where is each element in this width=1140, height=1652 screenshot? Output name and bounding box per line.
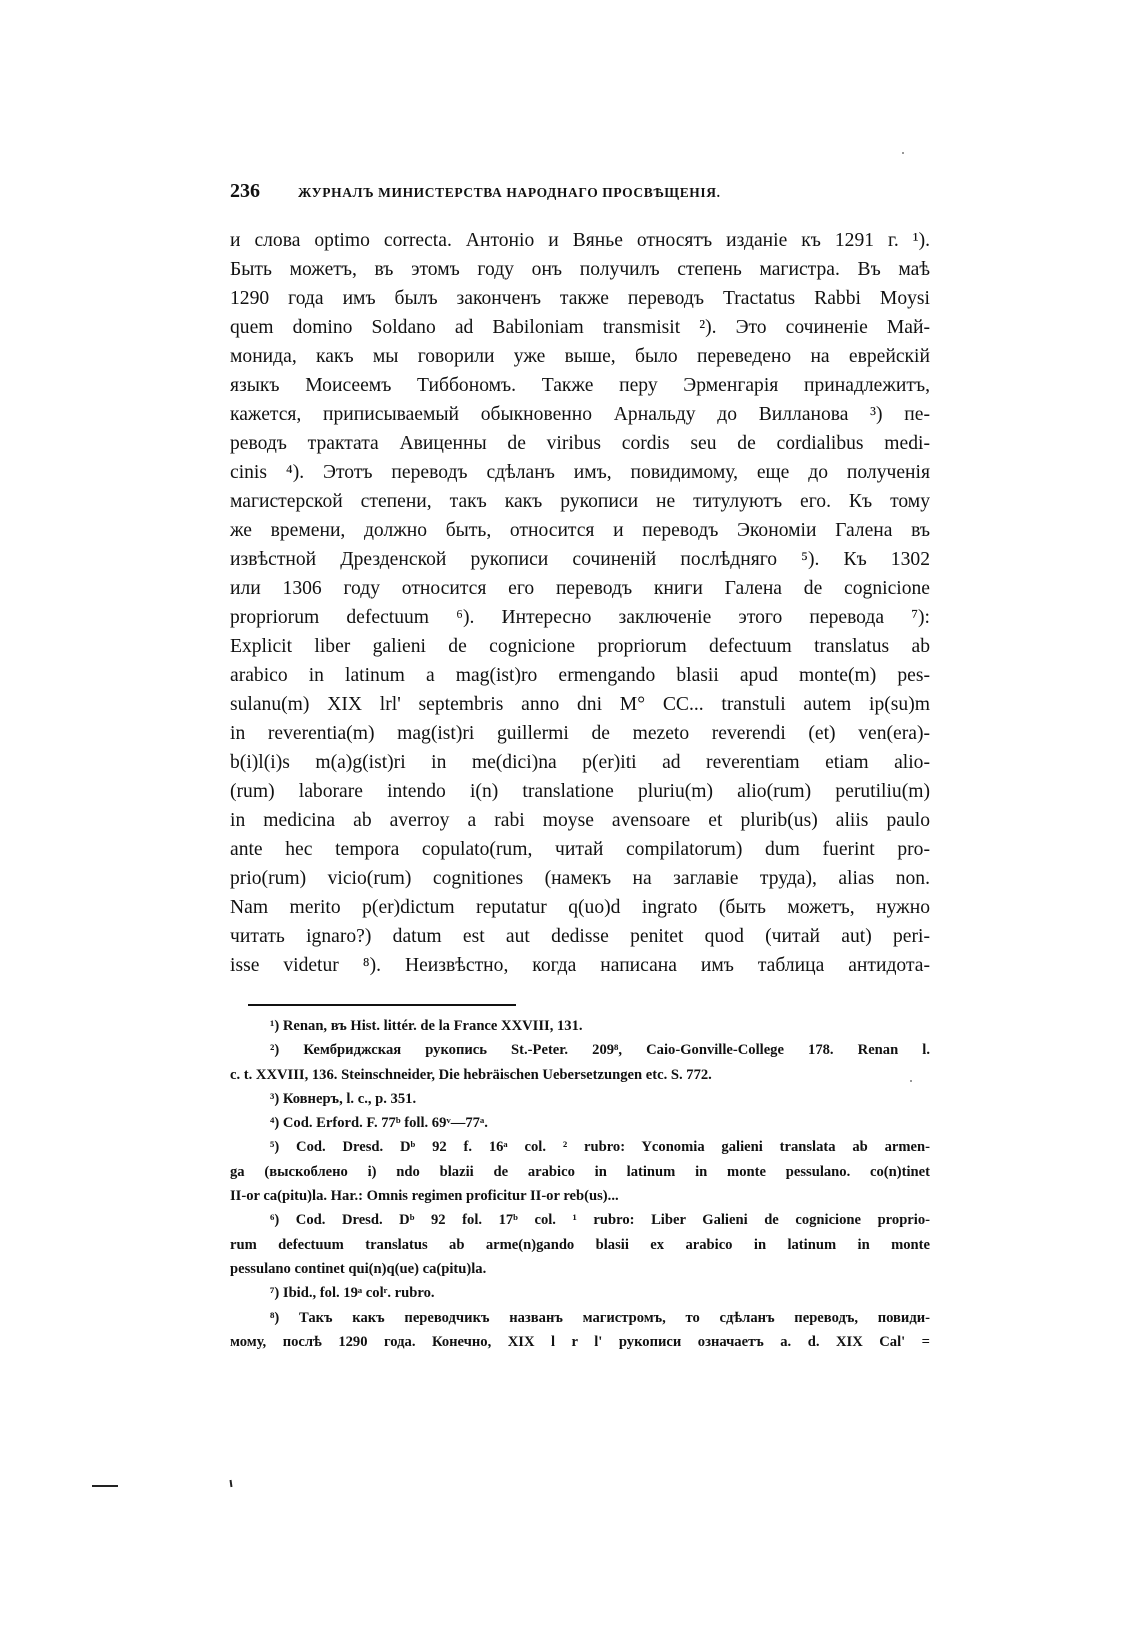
body-line: магистерской степени, такъ какъ рукописи… bbox=[230, 487, 930, 516]
body-line: извѣстной Дрезденской рукописи сочиненій… bbox=[230, 545, 930, 574]
footnote-line: ⁴) Cod. Erford. F. 77ᵇ foll. 69ᵛ—77ᵃ. bbox=[230, 1111, 930, 1135]
body-line: isse videtur ⁸). Неизвѣстно, когда напис… bbox=[230, 951, 930, 980]
body-line: 1290 года имъ былъ законченъ также перев… bbox=[230, 284, 930, 313]
body-line: монида, какъ мы говорили уже выше, было … bbox=[230, 342, 930, 371]
footnote-line: c. t. XXVIII, 136. Steinschneider, Die h… bbox=[230, 1063, 930, 1087]
body-line: кажется, приписываемый обыкновенно Арнал… bbox=[230, 400, 930, 429]
footnote-line: ⁷) Ibid., fol. 19ᵃ colʳ. rubro. bbox=[230, 1281, 930, 1305]
body-line: языкъ Моисеемъ Тиббономъ. Также перу Эрм… bbox=[230, 371, 930, 400]
body-line: in reverentia(m) mag(ist)ri guillermi de… bbox=[230, 719, 930, 748]
footnote-separator bbox=[248, 1004, 516, 1006]
body-line: реводъ трактата Авиценны de viribus cord… bbox=[230, 429, 930, 458]
body-line: arabico in latinum a mag(ist)ro ermengan… bbox=[230, 661, 930, 690]
body-line: sulanu(m) XIX lrl' septembris anno dni M… bbox=[230, 690, 930, 719]
body-line: propriorum defectuum ⁶). Интересно заклю… bbox=[230, 603, 930, 632]
body-line: prio(rum) vicio(rum) cognitiones (намекъ… bbox=[230, 864, 930, 893]
page-number: 236 bbox=[230, 180, 298, 203]
body-line: или 1306 году относится его переводъ кни… bbox=[230, 574, 930, 603]
scan-mark-tick bbox=[230, 1480, 233, 1487]
footnote-line: ⁶) Cod. Dresd. Dᵇ 92 fol. 17ᵇ col. ¹ rub… bbox=[230, 1208, 930, 1232]
scan-mark-dash bbox=[92, 1485, 118, 1487]
body-line: cinis ⁴). Этотъ переводъ сдѣланъ имъ, по… bbox=[230, 458, 930, 487]
running-title: ЖУРНАЛЪ МИНИСТЕРСТВА НАРОДНАГО ПРОСВѢЩЕН… bbox=[298, 185, 721, 201]
scan-speck bbox=[862, 1148, 864, 1150]
body-line: quem domino Soldano ad Babiloniam transm… bbox=[230, 313, 930, 342]
body-line: Nam merito p(er)dictum reputatur q(uo)d … bbox=[230, 893, 930, 922]
body-line: Explicit liber galieni de cognicione pro… bbox=[230, 632, 930, 661]
footnotes: ¹) Renan, въ Hist. littér. de la France … bbox=[230, 1014, 930, 1354]
scan-speck bbox=[902, 152, 904, 154]
footnote-line: ²) Кембриджская рукопись St.-Peter. 209⁸… bbox=[230, 1038, 930, 1062]
footnote-line: ga (выскоблено i) ndo blazii de arabico … bbox=[230, 1160, 930, 1184]
document-page: 236 ЖУРНАЛЪ МИНИСТЕРСТВА НАРОДНАГО ПРОСВ… bbox=[230, 180, 930, 1354]
page-header: 236 ЖУРНАЛЪ МИНИСТЕРСТВА НАРОДНАГО ПРОСВ… bbox=[230, 180, 930, 210]
body-line: (rum) laborare intendo i(n) translatione… bbox=[230, 777, 930, 806]
footnote-line: pessulano continet qui(n)q(ue) ca(pitu)l… bbox=[230, 1257, 930, 1281]
footnote-line: ³) Ковнеръ, l. c., p. 351. bbox=[230, 1087, 930, 1111]
scan-speck bbox=[910, 1080, 912, 1082]
body-line: же времени, должно быть, относится и пер… bbox=[230, 516, 930, 545]
body-line: in medicina ab averroy a rabi moyse aven… bbox=[230, 806, 930, 835]
footnote-line: rum defectuum translatus ab arme(n)gando… bbox=[230, 1233, 930, 1257]
body-line: читать ignaro?) datum est aut dedisse pe… bbox=[230, 922, 930, 951]
body-text: и слова optimo correcta. Антоніо и Вянье… bbox=[230, 226, 930, 980]
body-line: и слова optimo correcta. Антоніо и Вянье… bbox=[230, 226, 930, 255]
footnote-line: ⁸) Такъ какъ переводчикъ названъ магистр… bbox=[230, 1306, 930, 1330]
body-line: b(i)l(i)s m(a)g(ist)ri in me(dici)na p(e… bbox=[230, 748, 930, 777]
footnote-line: мому, послѣ 1290 года. Конечно, XIX l r … bbox=[230, 1330, 930, 1354]
footnote-line: ⁵) Cod. Dresd. Dᵇ 92 f. 16ᵃ col. ² rubro… bbox=[230, 1135, 930, 1159]
footnote-line: II-or ca(pitu)la. Har.: Omnis regimen pr… bbox=[230, 1184, 930, 1208]
footnote-line: ¹) Renan, въ Hist. littér. de la France … bbox=[230, 1014, 930, 1038]
body-line: Быть можетъ, въ этомъ году онъ получилъ … bbox=[230, 255, 930, 284]
body-line: ante hec tempora copulato(rum, читай com… bbox=[230, 835, 930, 864]
